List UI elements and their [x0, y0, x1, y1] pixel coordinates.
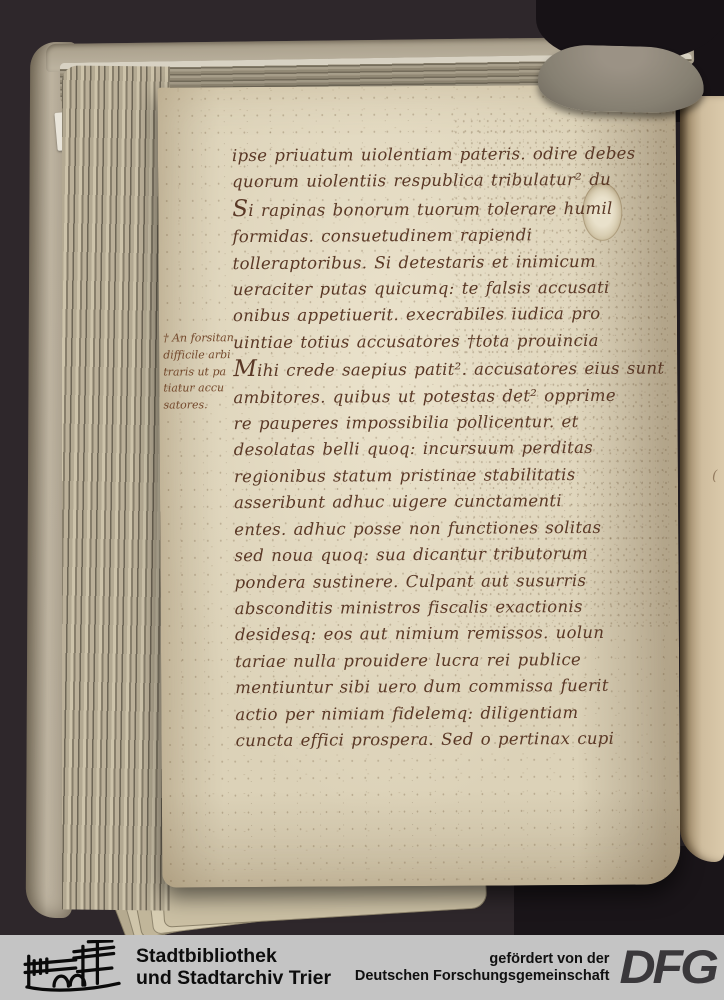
manuscript-line: onibus appetiuerit. execrabiles iudica p… — [233, 301, 657, 330]
dfg-logo: DFG — [619, 937, 716, 999]
manuscript-line: Mihi crede saepius patit². accusatores e… — [233, 354, 657, 385]
funding-line2: Deutschen Forschungsgemeinschaft — [355, 968, 610, 985]
page-stack-edges-left — [62, 65, 170, 910]
manuscript-line: desidesq: eos aut nimium remissos. uolun — [235, 620, 659, 649]
library-name-line1: Stadtbibliothek — [136, 946, 331, 968]
margin-note-line: † An forsitan — [163, 330, 231, 347]
manuscript-line: ipse priuatum uiolentiam pateris. odire … — [232, 141, 656, 170]
manuscript-line: tolleraptoribus. Si detestaris et inimic… — [233, 248, 657, 277]
manuscript-line: sed noua quoq: sua dicantur tributorum — [234, 541, 658, 570]
margin-note-line: difficile arbi — [163, 347, 231, 364]
manuscript-line: regionibus statum pristinae stabilitatis — [234, 461, 658, 490]
manuscript-line: mentiuntur sibi uero dum commissa fuerit — [235, 673, 659, 702]
manuscript-line: re pauperes impossibilia pollicentur. et — [234, 409, 658, 438]
margin-note-line: tiatur accu — [163, 381, 231, 398]
manuscript-line: entes. adhuc posse non functiones solita… — [234, 514, 658, 543]
manuscript-page: † An forsitandifficile arbitraris ut pat… — [158, 84, 681, 887]
manuscript-line: absconditis ministros fiscalis exactioni… — [235, 593, 659, 622]
manuscript-text: ipse priuatum uiolentiam pateris. odire … — [232, 141, 660, 755]
manuscript-line: ambitores. quibus ut potestas det² oppri… — [233, 382, 657, 411]
manuscript-line: pondera sustinere. Culpant aut susurris — [235, 567, 659, 596]
spine-endband — [537, 44, 705, 114]
porta-nigra-sketch-icon — [22, 940, 124, 996]
library-name: Stadtbibliothek und Stadtarchiv Trier — [136, 946, 331, 989]
funding-line1: gefördert von der — [355, 951, 610, 968]
manuscript-line: cuncta effici prospera. Sed o pertinax c… — [235, 725, 659, 754]
manuscript-line: tariae nulla prouidere lucra rei publice — [235, 646, 659, 675]
margin-note-line: satores. — [163, 397, 231, 414]
manuscript-line: formidas. consuetudinem rapiendi — [232, 222, 656, 251]
manuscript-line: quorum uiolentiis respublica tribulatur²… — [232, 167, 656, 196]
library-name-line2: und Stadtarchiv Trier — [136, 968, 331, 990]
margin-note-line: traris ut pa — [163, 364, 231, 381]
manuscript-line: asseribunt adhuc uigere cunctamenti — [234, 488, 658, 517]
manuscript-line: Si rapinas bonorum tuorum tolerare humil — [232, 193, 656, 224]
funding-credit: gefördert von der Deutschen Forschungsge… — [355, 951, 610, 984]
manuscript-photo-stage: † An forsitandifficile arbitraris ut pat… — [0, 0, 724, 1000]
facing-page-mark: ( — [712, 468, 717, 484]
footer-banner: Stadtbibliothek und Stadtarchiv Trier ge… — [0, 935, 724, 1000]
manuscript-line: uintiae totius accusatores †tota prouinc… — [233, 327, 657, 356]
manuscript-line: ueraciter putas quicumq: te falsis accus… — [233, 275, 657, 304]
margin-note: † An forsitandifficile arbitraris ut pat… — [163, 330, 232, 414]
manuscript-line: actio per nimiam fidelemq: diligentiam — [235, 699, 659, 728]
facing-page-edge: ( — [680, 96, 724, 862]
manuscript-line: desolatas belli quoq: incursuum perditas — [234, 435, 658, 464]
